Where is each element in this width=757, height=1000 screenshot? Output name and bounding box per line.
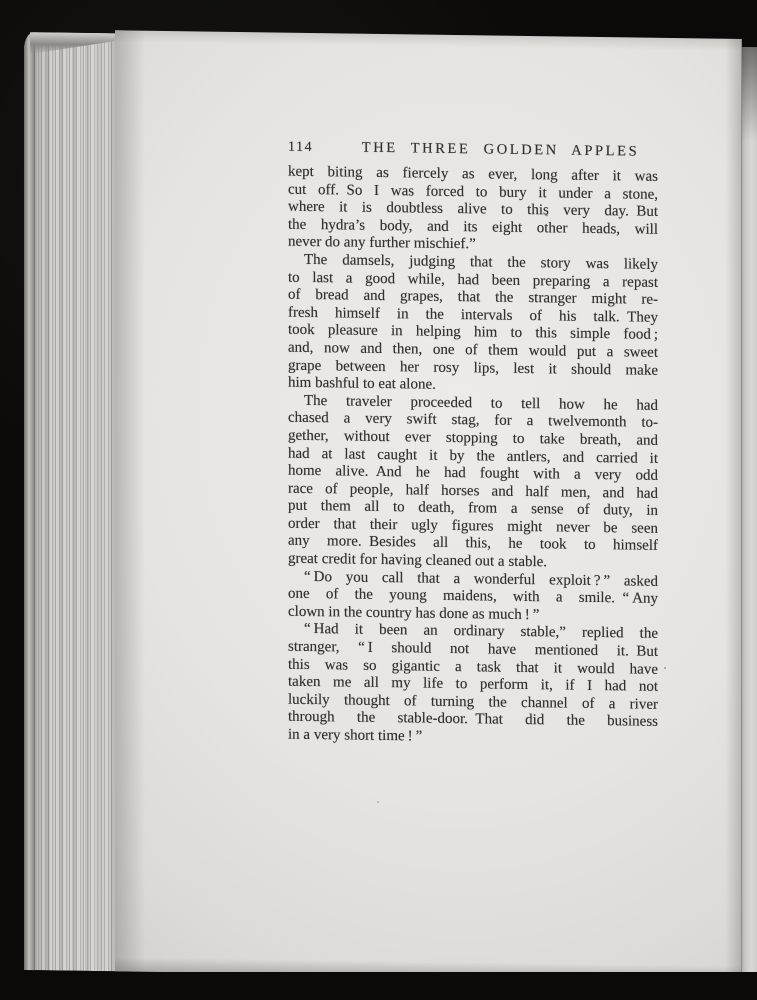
paragraph: “ Had it been an ordinary stable,” repli… [288,621,658,749]
background-mat [0,972,757,1000]
running-title: THE THREE GOLDEN APPLES [343,139,658,160]
paragraph: “ Do you call that a wonderful exploit ?… [288,568,658,626]
book-scan-photo: 114 THE THREE GOLDEN APPLES kept biting … [0,0,757,1000]
paragraph: The damsels, judging that the story was … [288,252,658,398]
body-text: kept biting as fiercely as ever, long af… [288,164,658,750]
page-header: 114 THE THREE GOLDEN APPLES [288,139,658,161]
book-page: 114 THE THREE GOLDEN APPLES kept biting … [115,30,742,980]
fore-edge-page-stack [24,32,122,971]
dust-speck [377,801,379,803]
text-block: 114 THE THREE GOLDEN APPLES kept biting … [288,139,658,750]
page-number: 114 [288,140,343,157]
gutter-page-edge [740,47,757,983]
open-book: 114 THE THREE GOLDEN APPLES kept biting … [24,29,757,983]
paragraph: kept biting as fiercely as ever, long af… [288,164,658,257]
dust-speck [664,667,666,669]
paragraph: The traveler proceeded to tell how he ha… [288,392,658,573]
